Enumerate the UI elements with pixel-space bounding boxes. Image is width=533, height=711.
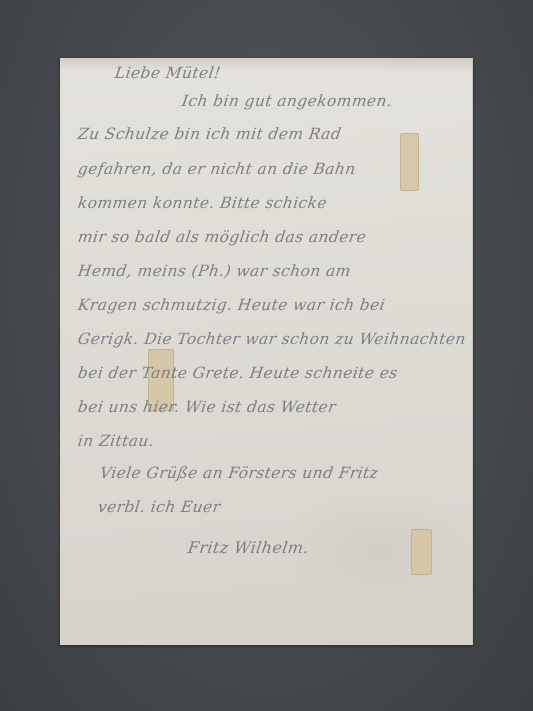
closing-line: verbl. ich Euer [97, 498, 222, 516]
letter-line: Zu Schulze bin ich mit dem Rad [77, 125, 343, 143]
letter-line: Gerigk. Die Tochter war schon zu Weihnac… [77, 330, 467, 348]
tape-strip [400, 133, 419, 191]
salutation: Liebe Mütel! [114, 64, 222, 82]
letter-line: Hemd, meins (Ph.) war schon am [77, 262, 352, 280]
closing-line: Viele Grüße an Försters und Fritz [99, 464, 380, 482]
signature: Fritz Wilhelm. [187, 538, 311, 557]
postcard-paper: Liebe Mütel! Ich bin gut angekommen. Zu … [60, 58, 473, 645]
letter-line: Kragen schmutzig. Heute war ich bei [77, 296, 387, 314]
letter-line: gefahren, da er nicht an die Bahn [77, 160, 357, 178]
letter-line: mir so bald als möglich das andere [77, 228, 368, 246]
letter-line: in Zittau. [77, 432, 156, 450]
paper-stain [280, 488, 480, 608]
letter-line: bei der Tante Grete. Heute schneite es [77, 364, 399, 382]
tape-strip [411, 529, 432, 575]
letter-line: bei uns hier. Wie ist das Wetter [77, 398, 338, 416]
letter-line: Ich bin gut angekommen. [181, 92, 394, 110]
letter-line: kommen konnte. Bitte schicke [77, 194, 329, 212]
